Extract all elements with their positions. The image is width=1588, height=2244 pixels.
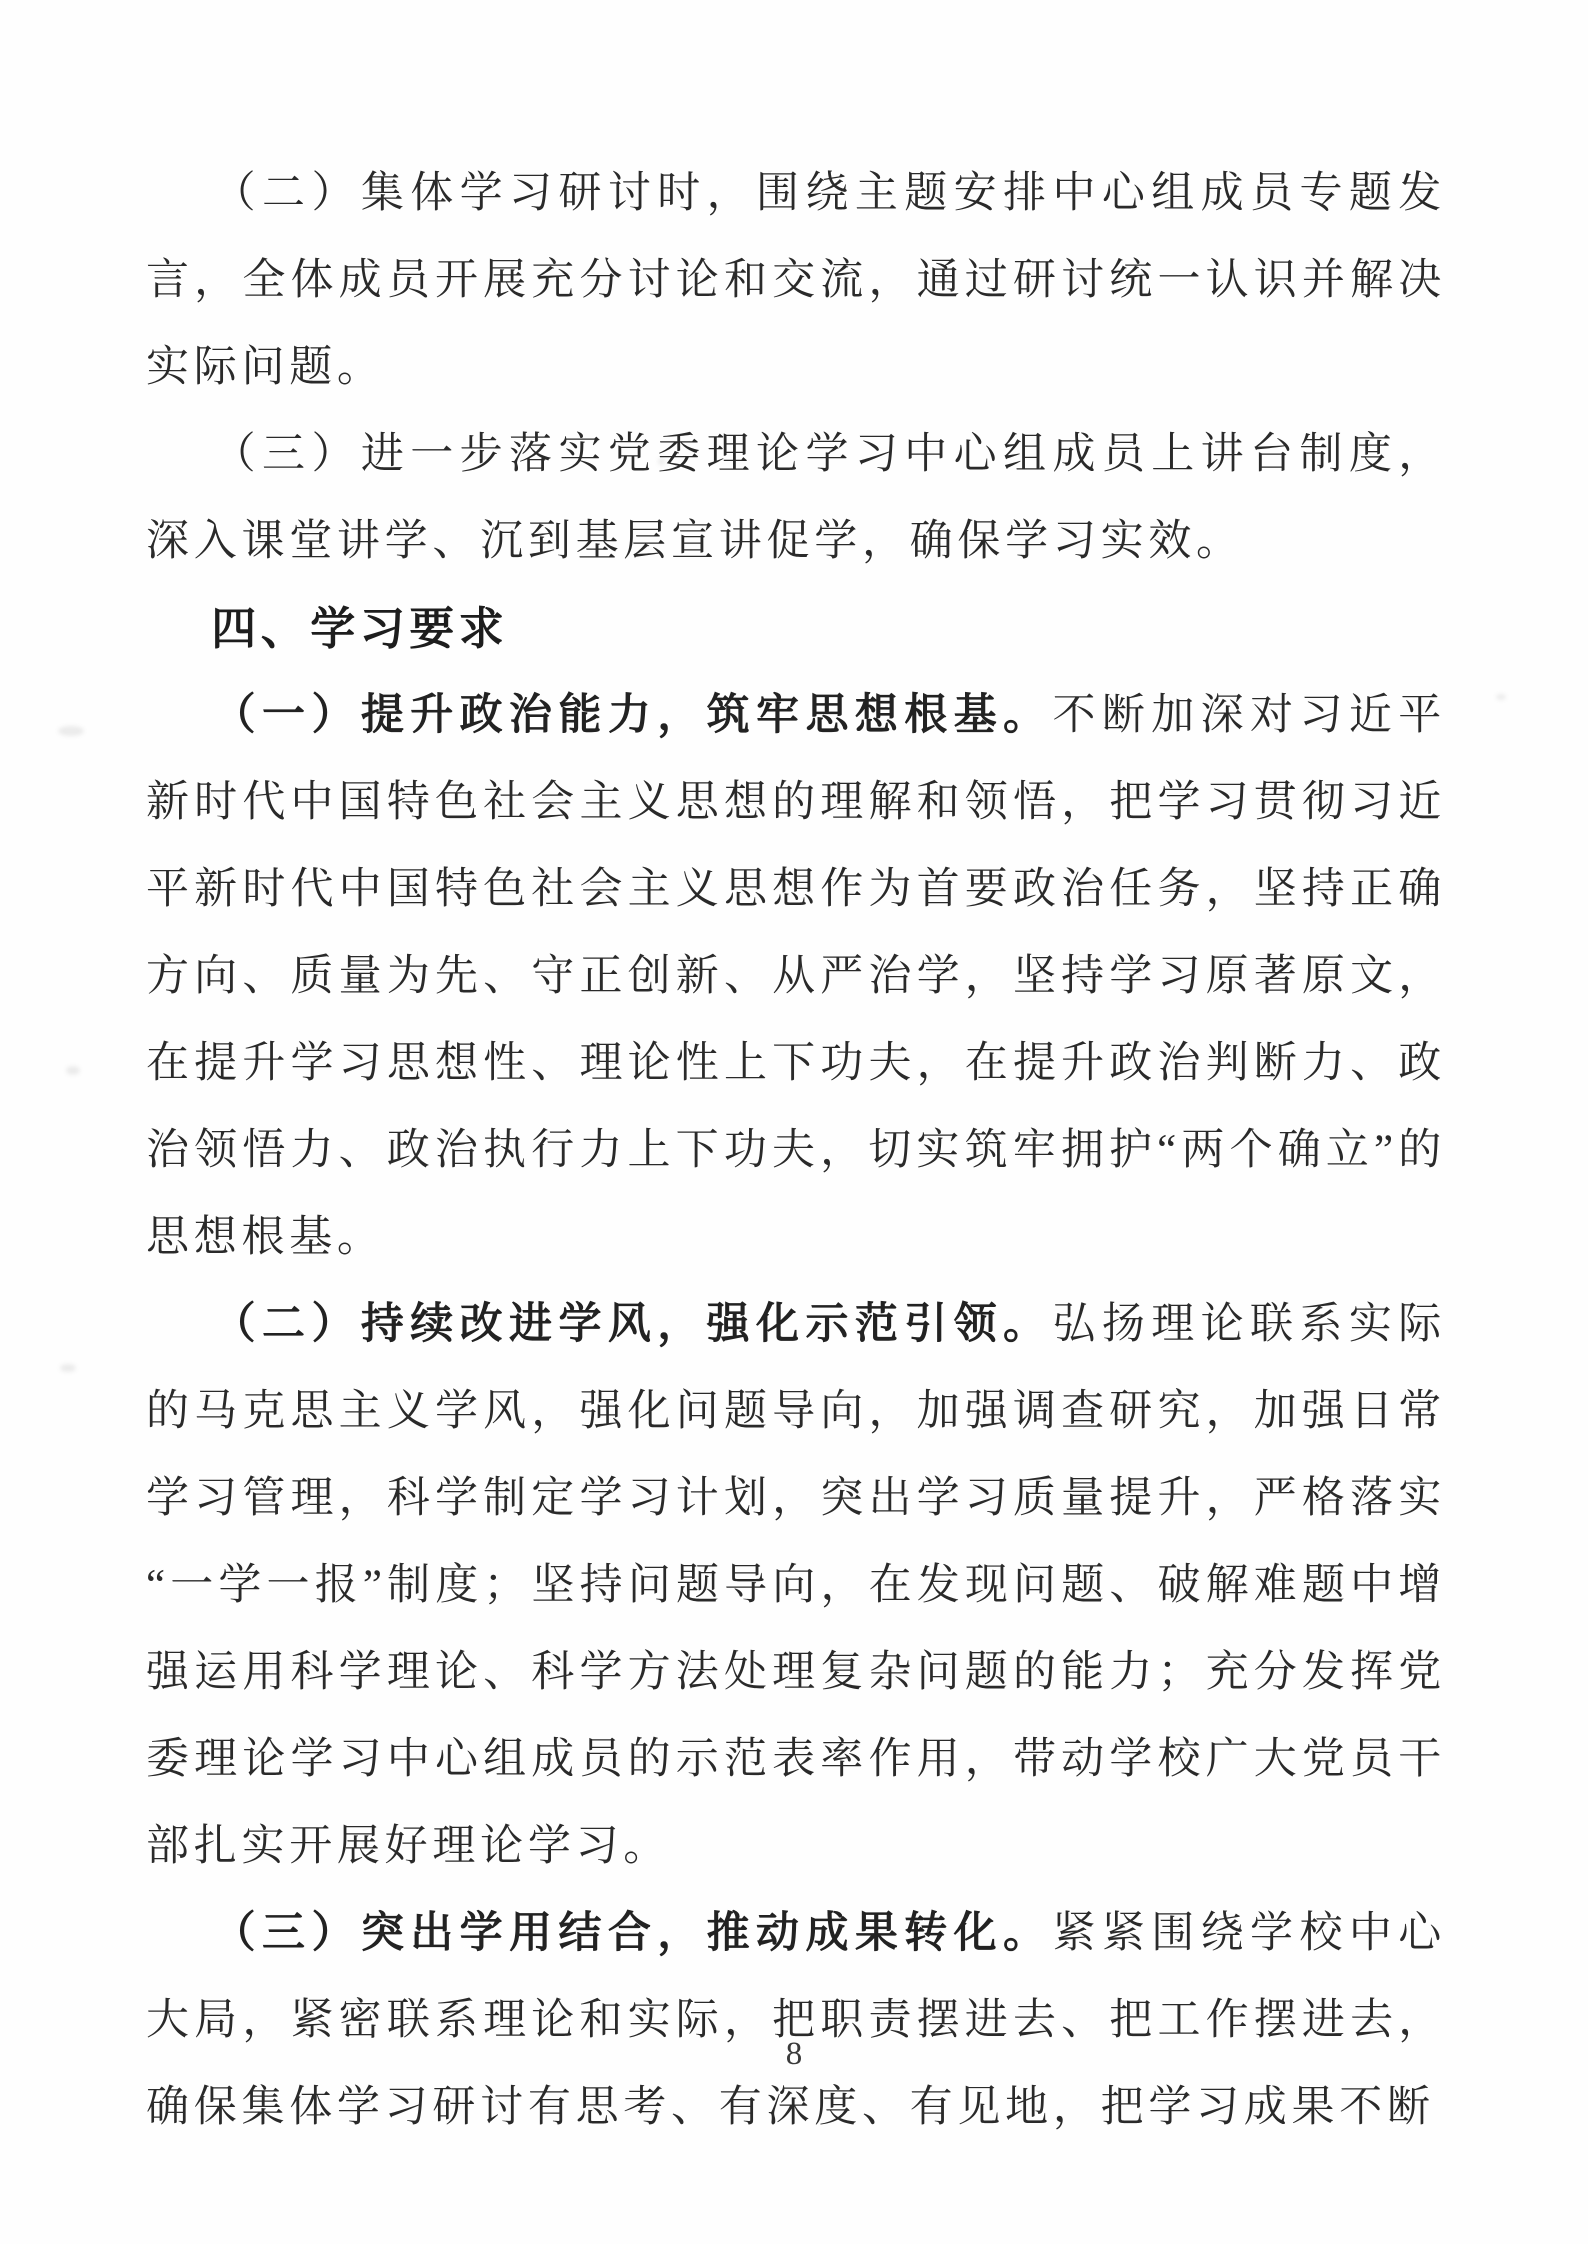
paragraph-requirement-2-body: 弘扬理论联系实际的马克思主义学风，强化问题导向，加强调查研究，加强日常学习管理，…: [146, 1301, 1446, 1870]
paragraph-requirement-1-body: 不断加深对习近平新时代中国特色社会主义思想的理解和领悟，把学习贯彻习近平新时代中…: [146, 692, 1446, 1261]
page-number: 8: [0, 2036, 1588, 2073]
scan-artifact: [658, 458, 665, 465]
paragraph-requirement-3: （三）突出学用结合，推动成果转化。紧紧围绕学校中心大局，紧密联系理论和实际，把职…: [146, 1890, 1446, 2151]
paragraph-requirement-1: （一）提升政治能力，筑牢思想根基。不断加深对习近平新时代中国特色社会主义思想的理…: [146, 672, 1446, 1281]
paragraph-requirement-3-lead: （三）突出学用结合，推动成果转化。: [213, 1910, 1053, 1957]
section-heading-learning-requirements: 四、学习要求: [146, 585, 1446, 672]
paragraph-item3: （三）进一步落实党委理论学习中心组成员上讲台制度，深入课堂讲学、沉到基层宣讲促学…: [146, 411, 1446, 585]
document-page: （二）集体学习研讨时，围绕主题安排中心组成员专题发言，全体成员开展充分讨论和交流…: [0, 0, 1588, 2244]
paragraph-requirement-2-lead: （二）持续改进学风，强化示范引领。: [213, 1301, 1053, 1348]
paragraph-item2: （二）集体学习研讨时，围绕主题安排中心组成员专题发言，全体成员开展充分讨论和交流…: [146, 150, 1446, 411]
scan-artifact: [66, 1066, 80, 1075]
paragraph-requirement-1-lead: （一）提升政治能力，筑牢思想根基。: [213, 692, 1053, 739]
scan-artifact: [58, 726, 84, 736]
paragraph-requirement-2: （二）持续改进学风，强化示范引领。弘扬理论联系实际的马克思主义学风，强化问题导向…: [146, 1281, 1446, 1890]
scan-artifact: [60, 1364, 76, 1372]
document-body: （二）集体学习研讨时，围绕主题安排中心组成员专题发言，全体成员开展充分讨论和交流…: [146, 150, 1446, 2151]
scan-artifact: [1496, 694, 1506, 700]
